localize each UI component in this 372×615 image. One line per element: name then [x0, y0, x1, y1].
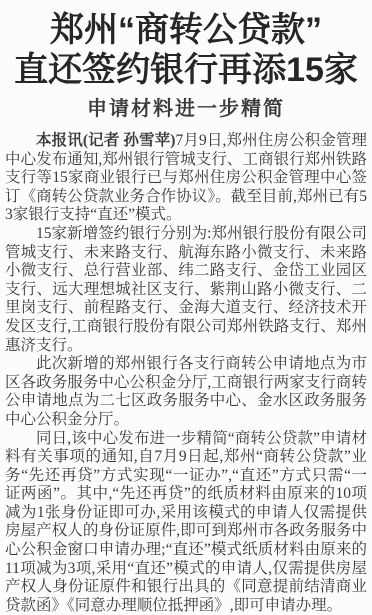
article-body: 本报讯(记者 孙雪苹)7月9日,郑州住房公积金管理中心发布通知,郑州银行管城支行…: [5, 132, 367, 615]
paragraph-3-text: 此次新增的郑州银行各支行商转公申请地点为市区各政务服务中心公积金分厅,工商银行两…: [5, 355, 367, 428]
byline-lead: 本报讯(记者 孙雪苹): [36, 132, 175, 149]
article-subtitle: 申请材料进一步精简: [0, 97, 372, 121]
headline-line-1: 郑州“商转公贷款”: [4, 10, 368, 50]
paragraph-4-text: 同日,该中心发布进一步精简“商转公贷款”申请材料有关事项的通知,自7月9日起,郑…: [5, 430, 367, 614]
paragraph-4: 同日,该中心发布进一步精简“商转公贷款”申请材料有关事项的通知,自7月9日起,郑…: [5, 430, 367, 615]
headline-line-2: 直还签约银行再添15家: [4, 50, 368, 90]
paragraph-2: 15家新增签约银行分别为:郑州银行股份有限公司管城支行、未来路支行、航海东路小微…: [5, 225, 367, 355]
paragraph-1: 本报讯(记者 孙雪苹)7月9日,郑州住房公积金管理中心发布通知,郑州银行管城支行…: [5, 132, 367, 225]
paragraph-2-text: 15家新增签约银行分别为:郑州银行股份有限公司管城支行、未来路支行、航海东路小微…: [5, 225, 367, 354]
newspaper-article-page: 郑州“商转公贷款” 直还签约银行再添15家 申请材料进一步精简 本报讯(记者 孙…: [0, 0, 372, 615]
article-headline: 郑州“商转公贷款” 直还签约银行再添15家: [4, 10, 368, 90]
paragraph-3: 此次新增的郑州银行各支行商转公申请地点为市区各政务服务中心公积金分厅,工商银行两…: [5, 355, 367, 429]
